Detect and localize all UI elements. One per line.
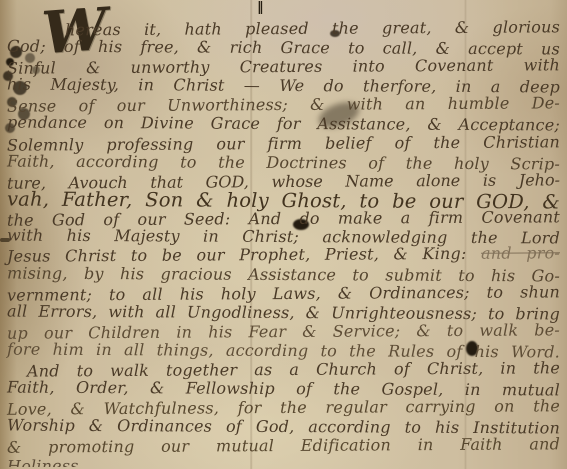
manuscript-line: mising, by his gracious Assistance to su… — [7, 263, 560, 285]
manuscript-page: ‖ W hereas it, hath pleased the great, &… — [0, 0, 567, 469]
quill-mark: ‖ — [257, 0, 264, 15]
manuscript-line: & promoting our mutual Edification in Fa… — [7, 435, 560, 457]
manuscript-line: Solemnly professing our firm belief of t… — [7, 132, 560, 154]
manuscript-line: pendance on Divine Grace for Assistance,… — [7, 113, 560, 135]
line-text: Jesus Christ to be our Prophet, Priest, … — [7, 244, 481, 266]
clipped-bottom-line: Holiness — [7, 455, 560, 467]
manuscript-line-partial: Holiness — [7, 455, 560, 467]
manuscript-line: Jesus Christ to be our Prophet, Priest, … — [7, 245, 560, 267]
covenant-text: hereas it, hath pleased the great, & glo… — [7, 19, 560, 467]
struck-out-text: and pro- — [481, 244, 560, 263]
